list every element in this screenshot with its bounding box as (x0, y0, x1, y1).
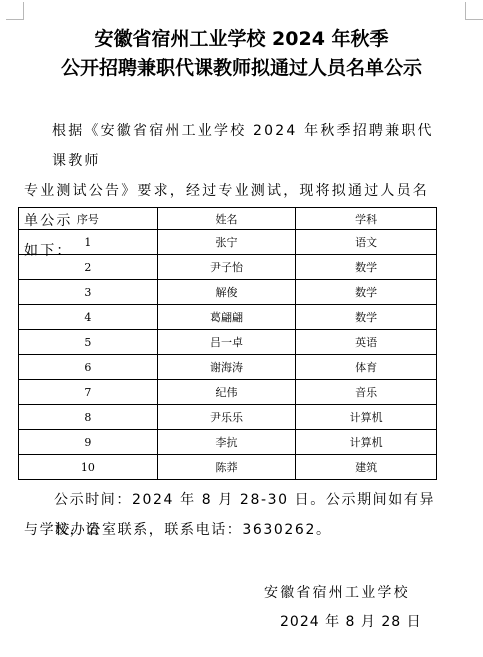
cell-index: 10 (19, 455, 158, 480)
cell-subject: 语文 (296, 230, 437, 255)
table-row: 5吕一卓英语 (19, 330, 437, 355)
signature-organization: 安徽省宿州工业学校 (264, 582, 410, 602)
table-row: 10陈莽建筑 (19, 455, 437, 480)
table-row: 2尹子怡数学 (19, 255, 437, 280)
cell-name: 谢海涛 (157, 355, 296, 380)
table-header-row: 序号 姓名 学科 (19, 208, 437, 230)
intro-line-1: 根据《安徽省宿州工业学校 2024 年秋季招聘兼职代课教师 (24, 116, 444, 176)
cell-subject: 建筑 (296, 455, 437, 480)
cell-subject: 数学 (296, 305, 437, 330)
table-row: 6谢海涛体育 (19, 355, 437, 380)
cell-name: 纪伟 (157, 380, 296, 405)
cell-name: 陈莽 (157, 455, 296, 480)
document-title-line-1: 安徽省宿州工业学校 2024 年秋季 (0, 27, 483, 51)
cell-index: 5 (19, 330, 158, 355)
header-subject: 学科 (296, 208, 437, 230)
candidate-table: 序号 姓名 学科 1张宁语文 2尹子怡数学 3解俊数学 4葛翩翩数学 5吕一卓英… (18, 207, 437, 480)
signature-date: 2024 年 8 月 28 日 (280, 611, 422, 631)
cell-subject: 英语 (296, 330, 437, 355)
table-row: 4葛翩翩数学 (19, 305, 437, 330)
header-index: 序号 (19, 208, 158, 230)
cell-subject: 计算机 (296, 430, 437, 455)
table-row: 8尹乐乐计算机 (19, 405, 437, 430)
cell-index: 1 (19, 230, 158, 255)
cell-subject: 音乐 (296, 380, 437, 405)
cell-index: 7 (19, 380, 158, 405)
cell-name: 李抗 (157, 430, 296, 455)
cell-subject: 计算机 (296, 405, 437, 430)
cell-index: 2 (19, 255, 158, 280)
cell-index: 9 (19, 430, 158, 455)
table-row: 3解俊数学 (19, 280, 437, 305)
cell-index: 6 (19, 355, 158, 380)
cell-subject: 数学 (296, 255, 437, 280)
cell-name: 张宁 (157, 230, 296, 255)
page-corner-mark-left (6, 2, 24, 20)
page-corner-mark-right (465, 2, 483, 20)
cell-subject: 数学 (296, 280, 437, 305)
cell-name: 尹乐乐 (157, 405, 296, 430)
cell-index: 3 (19, 280, 158, 305)
cell-name: 尹子怡 (157, 255, 296, 280)
cell-index: 4 (19, 305, 158, 330)
cell-name: 葛翩翩 (157, 305, 296, 330)
cell-name: 解俊 (157, 280, 296, 305)
cell-subject: 体育 (296, 355, 437, 380)
header-name: 姓名 (157, 208, 296, 230)
notice-line-2: 与学校办公室联系，联系电话：3630262。 (24, 515, 464, 545)
cell-name: 吕一卓 (157, 330, 296, 355)
table-row: 9李抗计算机 (19, 430, 437, 455)
table-row: 7纪伟音乐 (19, 380, 437, 405)
document-title-line-2: 公开招聘兼职代课教师拟通过人员名单公示 (0, 56, 483, 80)
table-row: 1张宁语文 (19, 230, 437, 255)
cell-index: 8 (19, 405, 158, 430)
